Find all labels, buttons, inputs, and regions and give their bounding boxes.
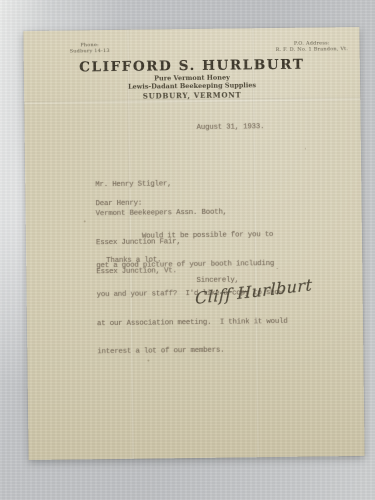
paper-speck (84, 220, 86, 222)
recipient-line: Mr. Henry Stigler, (95, 180, 226, 191)
letterhead-phone: Phone: Sudbury 14-13 (70, 42, 110, 54)
photo-of-letter: Phone: Sudbury 14-13 P.O. Address: R. F.… (0, 0, 375, 500)
po-value: R. F. D. No. 1 Brandon, Vt. (276, 46, 349, 53)
body-line: at our Association meeting. I think it w… (97, 317, 288, 329)
paper-speck (305, 148, 306, 150)
salutation: Dear Henry: (95, 200, 142, 210)
phone-value: Sudbury 14-13 (70, 48, 110, 54)
letter-paper: Phone: Sudbury 14-13 P.O. Address: R. F.… (23, 27, 364, 460)
body-line: interest a lot of our members. (97, 346, 288, 358)
letter-date: August 31, 1933. (197, 123, 265, 133)
body-line: Would it be possible for you to (96, 231, 287, 243)
letterhead: Phone: Sudbury 14-13 P.O. Address: R. F.… (23, 27, 359, 31)
thanks-line: Thanks a lot. (106, 256, 161, 266)
letterhead-po-address: P.O. Address: R. F. D. No. 1 Brandon, Vt… (276, 40, 349, 53)
